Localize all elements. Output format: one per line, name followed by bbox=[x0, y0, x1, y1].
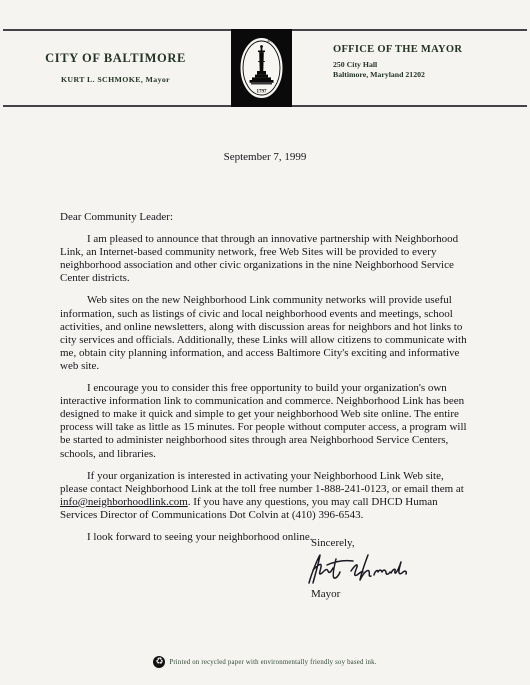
signer-title: Mayor bbox=[311, 588, 340, 600]
office-title: OFFICE OF THE MAYOR bbox=[333, 44, 462, 55]
letterhead-right: OFFICE OF THE MAYOR 250 City Hall Baltim… bbox=[333, 44, 462, 80]
address-line-1: 250 City Hall bbox=[333, 60, 462, 70]
seal-year: 1797 bbox=[257, 90, 268, 95]
closing: Sincerely, bbox=[311, 537, 355, 549]
recycle-icon: ♻ bbox=[153, 656, 165, 668]
letter-body: Dear Community Leader: I am pleased to a… bbox=[60, 211, 472, 544]
letter-page: CITY OF BALTIMORE KURT L. SCHMOKE, Mayor… bbox=[0, 0, 530, 685]
paragraph-3: I encourage you to consider this free op… bbox=[60, 382, 472, 461]
letter-date: September 7, 1999 bbox=[0, 151, 530, 163]
baltimore-city-seal-icon: CITY OF BALTIMORE 1797 bbox=[231, 29, 292, 107]
address-line-2: Baltimore, Maryland 21202 bbox=[333, 70, 462, 80]
paragraph-1: I am pleased to announce that through an… bbox=[60, 233, 472, 285]
footer: ♻ Printed on recycled paper with environ… bbox=[0, 656, 530, 668]
paragraph-5: I look forward to seeing your neighborho… bbox=[60, 531, 472, 544]
salutation: Dear Community Leader: bbox=[60, 211, 472, 224]
paragraph-4-pre: If your organization is interested in ac… bbox=[60, 470, 464, 495]
mayor-name: KURT L. SCHMOKE, Mayor bbox=[0, 75, 231, 84]
paragraph-2: Web sites on the new Neighborhood Link c… bbox=[60, 294, 472, 373]
email-link[interactable]: info@neighborhoodlink.com bbox=[60, 496, 188, 508]
city-title: CITY OF BALTIMORE bbox=[0, 51, 231, 66]
letterhead-left: CITY OF BALTIMORE KURT L. SCHMOKE, Mayor bbox=[0, 31, 231, 105]
footer-text: Printed on recycled paper with environme… bbox=[169, 659, 376, 666]
paragraph-4: If your organization is interested in ac… bbox=[60, 470, 472, 522]
